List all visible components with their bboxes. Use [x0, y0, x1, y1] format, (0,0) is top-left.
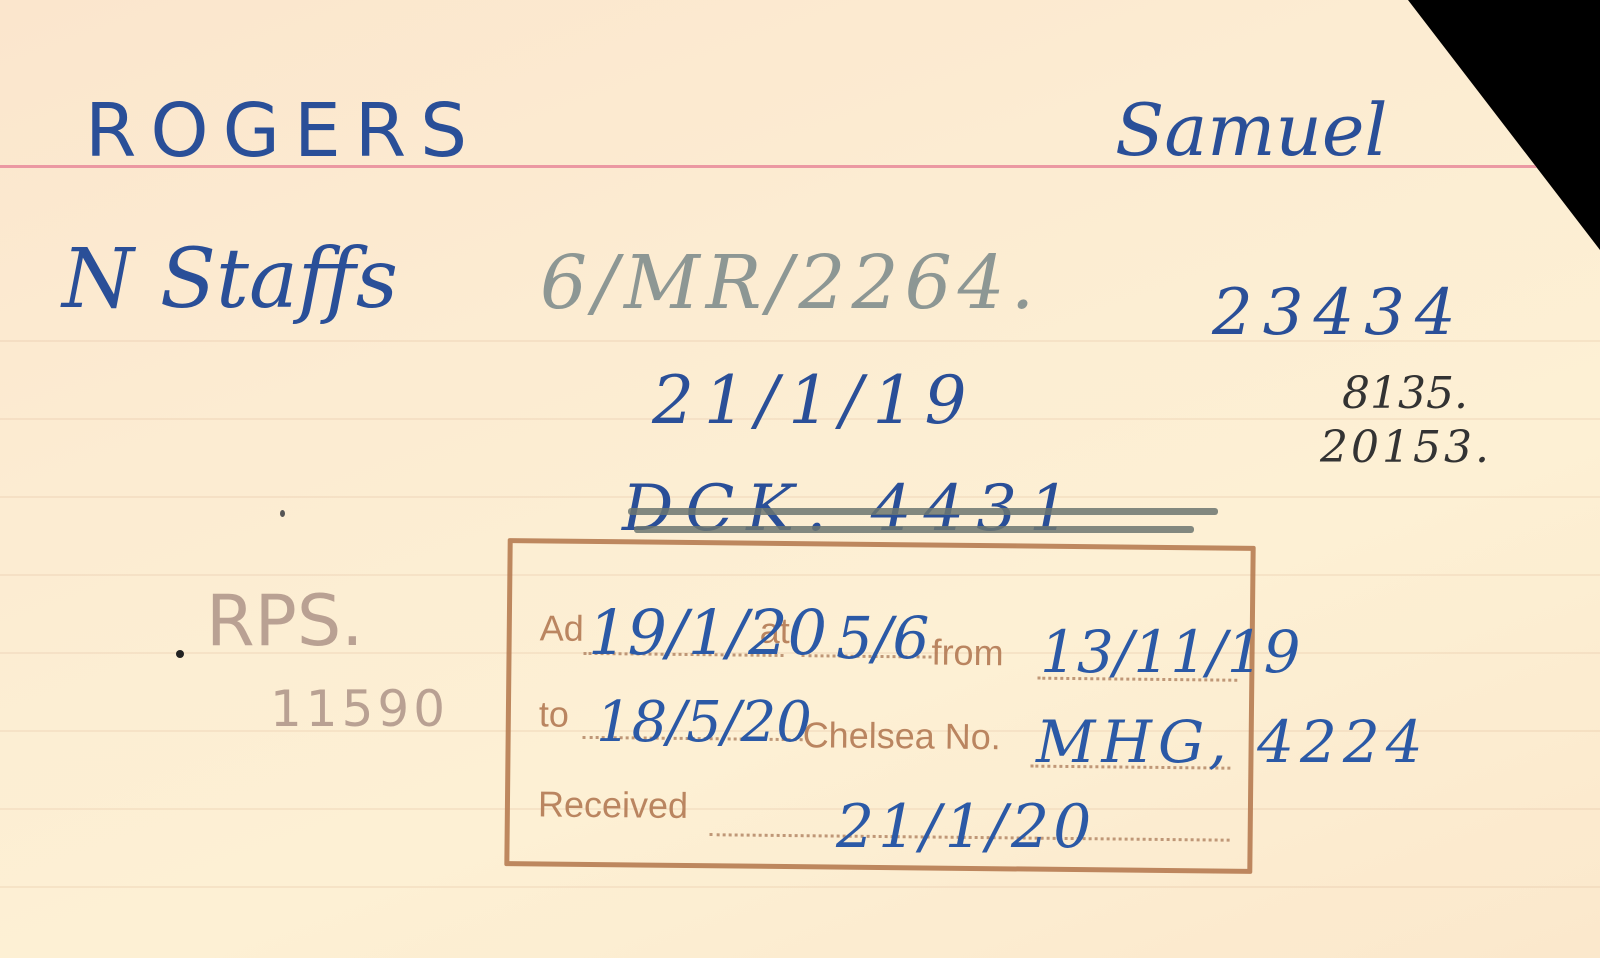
forename: Samuel [1115, 88, 1388, 172]
pension-reference: 6/MR/2264. [540, 240, 1040, 326]
to-date: 18/5/20 [596, 690, 812, 755]
stamp-label-to: to [539, 693, 569, 735]
regiment: N Staffs [62, 232, 398, 327]
stamp-label-adjudicated: Ad [540, 607, 584, 649]
ink-spot [280, 510, 285, 517]
pencil-number: 11590 [270, 680, 449, 738]
strike-through-line [628, 508, 1218, 515]
chelsea-number: MHG, 4224 [1036, 708, 1429, 776]
surname: ROGERS [85, 88, 481, 174]
strike-through-line [634, 526, 1194, 533]
regimental-number-tertiary: 20153. [1320, 422, 1492, 473]
pension-rate: 5/6 [836, 604, 929, 672]
ink-spot [176, 650, 184, 658]
index-card: ROGERS Samuel N Staffs 6/MR/2264. 21/1/1… [0, 0, 1600, 958]
regimental-number-primary: 23434 [1212, 276, 1466, 350]
stamp-label-chelsea-no: Chelsea No. [802, 714, 1001, 758]
regimental-number-secondary: 8135. [1342, 368, 1468, 419]
received-date: 21/1/20 [836, 792, 1095, 862]
stamp-label-from: from [931, 632, 1003, 675]
from-date: 13/11/19 [1040, 618, 1301, 686]
entry-date: 21/1/19 [652, 362, 976, 439]
ruled-line [0, 886, 1600, 888]
pencil-code: RPS. [206, 580, 364, 662]
adjudicated-date: 19/1/20 [588, 596, 827, 669]
stamp-label-received: Received [538, 783, 689, 827]
